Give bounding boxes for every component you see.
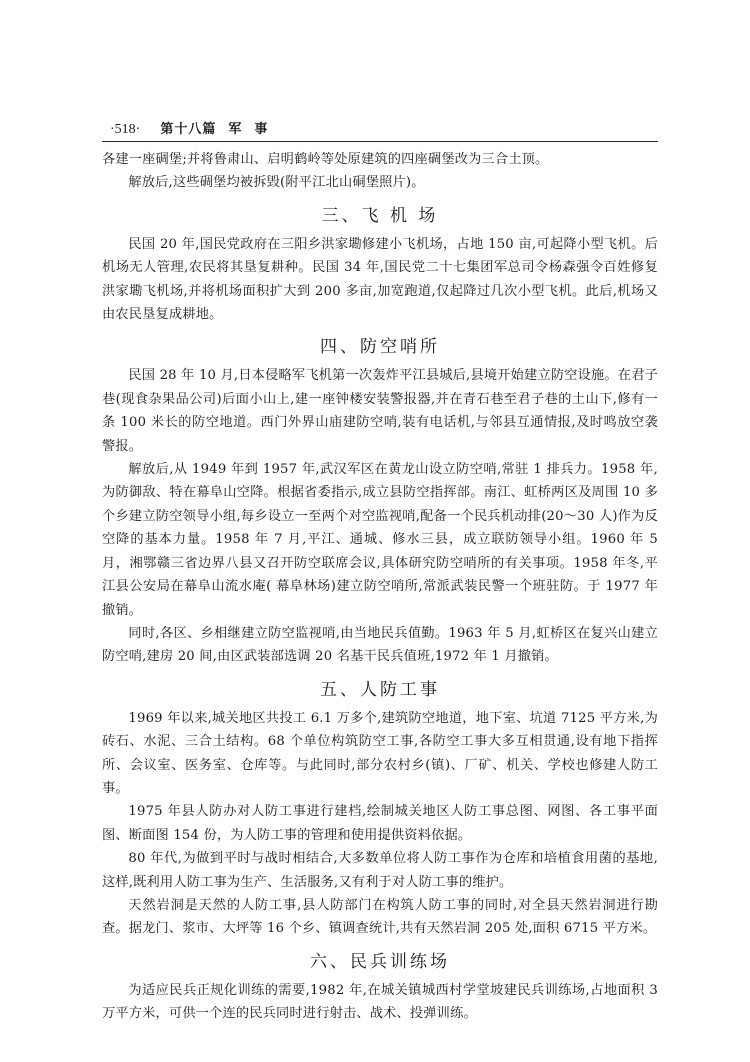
paragraph: 1969 年以来,城关地区共投工 6.1 万多个,建筑防空地道，地下室、坑道 7… xyxy=(102,707,658,801)
paragraph: 80 年代,为做到平时与战时相结合,大多数单位将人防工事作为仓库和培植食用菌的基… xyxy=(102,847,658,894)
chapter-label-2: 事 xyxy=(254,122,268,137)
continuation-paragraph: 解放后,这些碉堡均被拆毁(附平江北山硐堡照片)。 xyxy=(102,171,658,194)
header-rule xyxy=(102,141,658,142)
section-title: 六、民兵训练场 xyxy=(102,945,658,979)
paragraph: 同时,各区、乡相继建立防空监视哨,由当地民兵值勤。1963 年 5 月,虹桥区在… xyxy=(102,622,658,669)
running-head: ·518· 第十八篇军事 xyxy=(102,118,658,138)
section-title: 三、飞 机 场 xyxy=(102,199,658,233)
section-airfield: 三、飞 机 场 民国 20 年,国民党政府在三阳乡洪家墈修建小飞机场，占地 15… xyxy=(102,199,658,327)
section-civil-defense-works: 五、人防工事 1969 年以来,城关地区共投工 6.1 万多个,建筑防空地道，地… xyxy=(102,673,658,941)
paragraph: 1975 年县人防办对人防工事进行建档,绘制城关地区人防工事总图、网图、各工事平… xyxy=(102,800,658,847)
part-label: 第十八篇 xyxy=(160,122,216,137)
paragraph: 解放后,从 1949 年到 1957 年,武汉军区在黄龙山设立防空哨,常驻 1 … xyxy=(102,458,658,622)
chapter-label: 军 xyxy=(228,122,242,137)
paragraph: 民国 20 年,国民党政府在三阳乡洪家墈修建小飞机场，占地 150 亩,可起降小… xyxy=(102,233,658,327)
chapter-title: 第十八篇军事 xyxy=(160,118,268,137)
continuation-paragraph: 各建一座碉堡;并将鲁肃山、启明鹤岭等处原建筑的四座碉堡改为三合土顶。 xyxy=(102,148,658,171)
book-page: ·518· 第十八篇军事 各建一座碉堡;并将鲁肃山、启明鹤岭等处原建筑的四座碉堡… xyxy=(102,118,658,1026)
section-title: 四、防空哨所 xyxy=(102,330,658,364)
section-air-defense-posts: 四、防空哨所 民国 28 年 10 月,日本侵略军飞机第一次轰炸平江县城后,县境… xyxy=(102,330,658,668)
paragraph: 为适应民兵正规化训练的需要,1982 年,在城关镇城西村学堂坡建民兵训练场,占地… xyxy=(102,979,658,1026)
page-number: ·518· xyxy=(110,122,140,138)
section-militia-training-ground: 六、民兵训练场 为适应民兵正规化训练的需要,1982 年,在城关镇城西村学堂坡建… xyxy=(102,945,658,1026)
paragraph: 民国 28 年 10 月,日本侵略军飞机第一次轰炸平江县城后,县境开始建立防空设… xyxy=(102,364,658,458)
section-title: 五、人防工事 xyxy=(102,673,658,707)
paragraph: 天然岩洞是天然的人防工事,县人防部门在构筑人防工事的同时,对全县天然岩洞进行勘查… xyxy=(102,894,658,941)
